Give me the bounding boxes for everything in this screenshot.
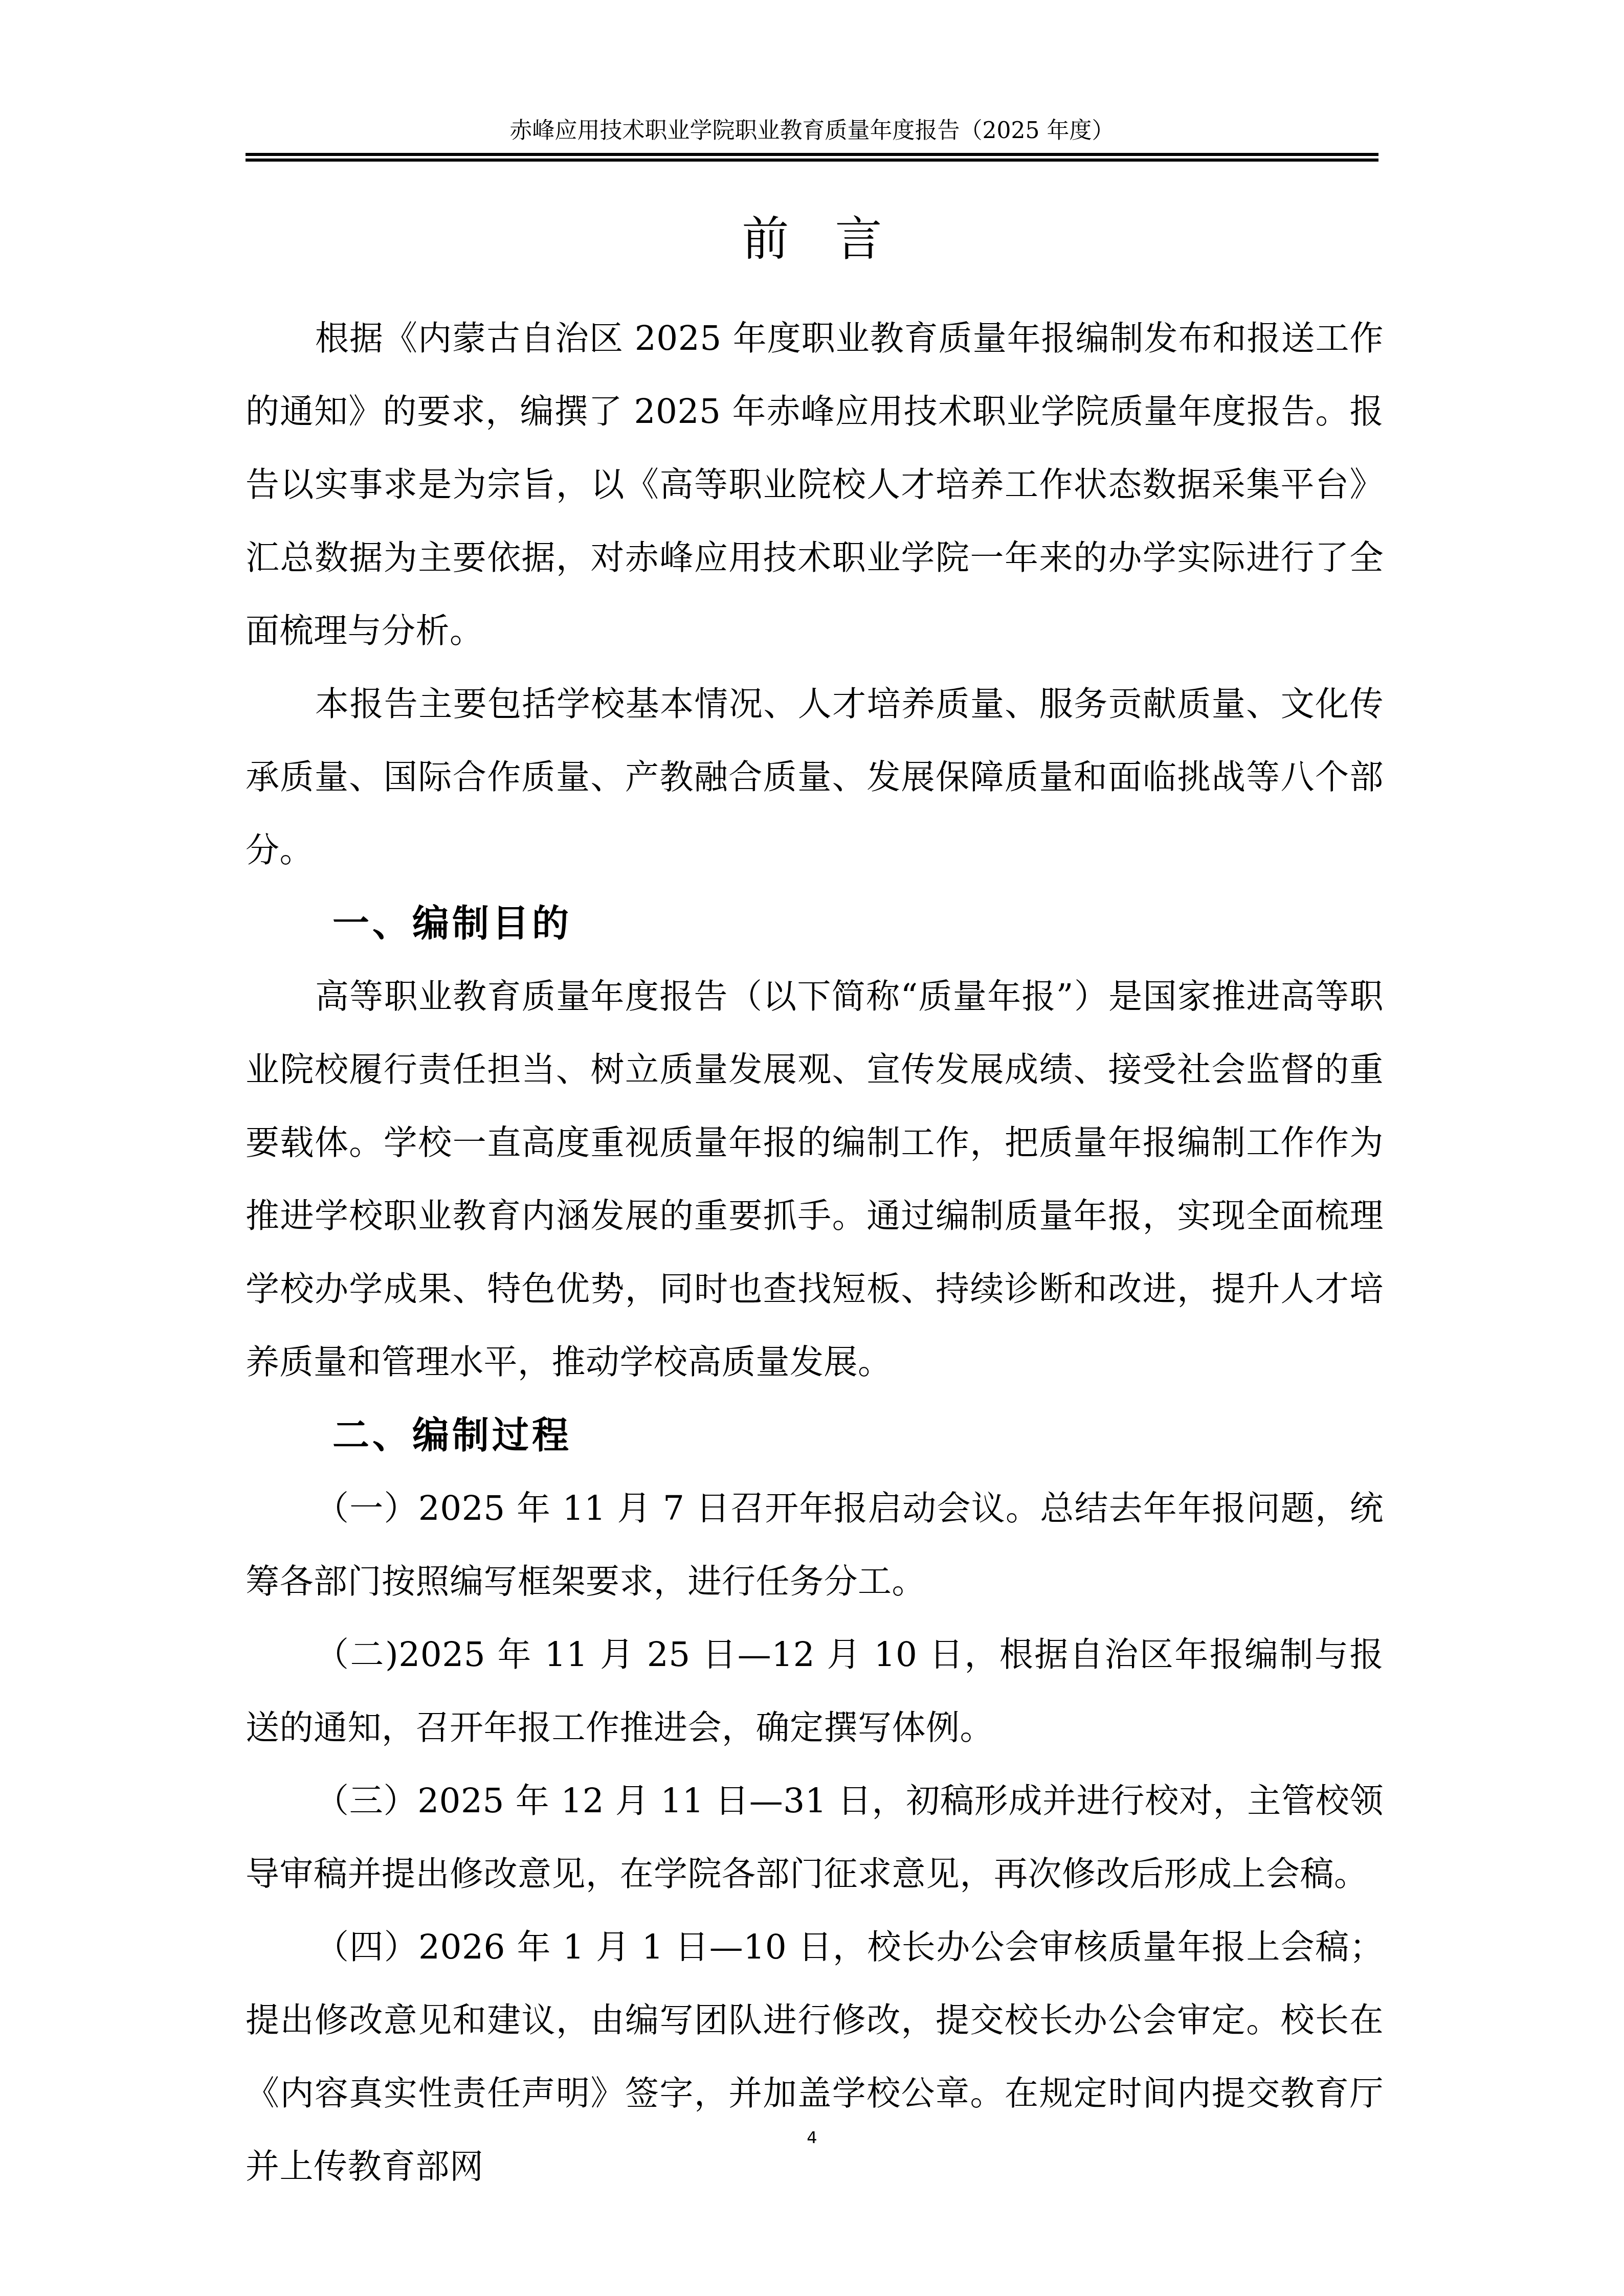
intro-paragraph-1: 根据《内蒙古自治区 2025 年度职业教育质量年报编制发布和报送工作的通知》的要…	[246, 302, 1384, 667]
page-number: 4	[0, 2127, 1624, 2148]
section-heading-process: 二、编制过程	[246, 1399, 1384, 1472]
process-step-3: （三）2025 年 12 月 11 日—31 日，初稿形成并进行校对，主管校领导…	[246, 1764, 1384, 1910]
header-rule-bottom	[246, 159, 1378, 162]
header-rule-top	[246, 153, 1378, 156]
document-body: 根据《内蒙古自治区 2025 年度职业教育质量年报编制发布和报送工作的通知》的要…	[246, 302, 1384, 2203]
page-title: 前言	[246, 214, 1378, 265]
section-heading-purpose: 一、编制目的	[246, 887, 1384, 960]
purpose-paragraph: 高等职业教育质量年度报告（以下简称“质量年报”）是国家推进高等职业院校履行责任担…	[246, 960, 1384, 1399]
process-step-2: （二)2025 年 11 月 25 日—12 月 10 日，根据自治区年报编制与…	[246, 1618, 1384, 1764]
process-step-1: （一）2025 年 11 月 7 日召开年报启动会议。总结去年年报问题，统筹各部…	[246, 1472, 1384, 1618]
running-title: 赤峰应用技术职业学院职业教育质量年度报告（2025 年度）	[246, 117, 1378, 145]
process-step-4: （四）2026 年 1 月 1 日—10 日，校长办公会审核质量年报上会稿；提出…	[246, 1910, 1384, 2203]
intro-paragraph-2: 本报告主要包括学校基本情况、人才培养质量、服务贡献质量、文化传承质量、国际合作质…	[246, 667, 1384, 887]
